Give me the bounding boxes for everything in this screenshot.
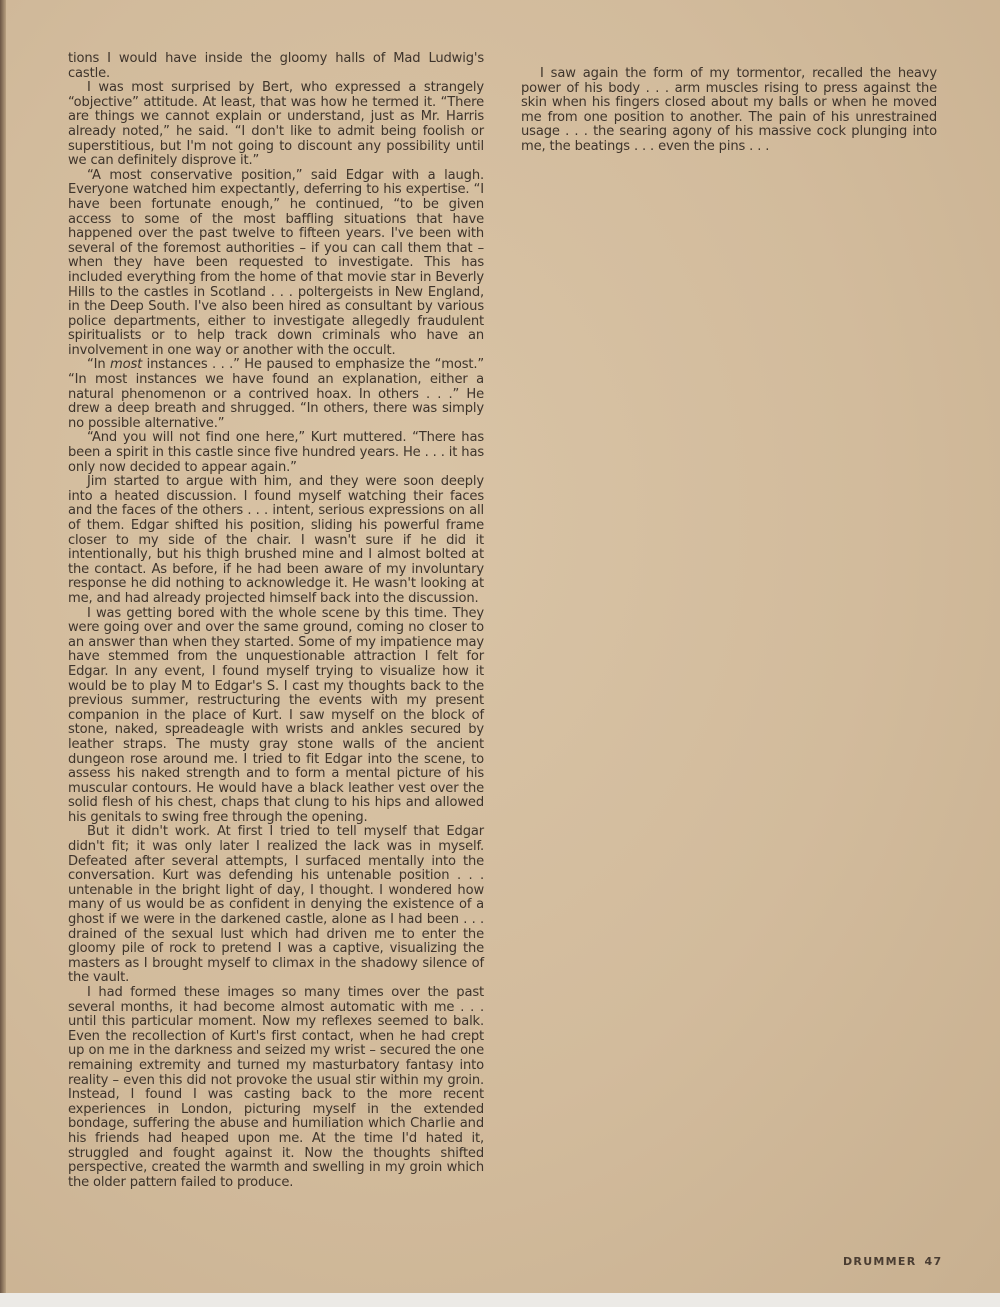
text-run: “And you will not find one here,” Kurt m… [68, 430, 484, 474]
paragraph: But it didn't work. At first I tried to … [68, 825, 484, 986]
page-spine-shadow [0, 0, 6, 1293]
paragraph: “And you will not find one here,” Kurt m… [68, 431, 484, 475]
text-run: I was getting bored with the whole scene… [68, 606, 484, 825]
right-column: I saw again the form of my tormentor, re… [521, 67, 937, 155]
left-column: tions I would have inside the gloomy hal… [68, 52, 484, 1190]
paragraph: tions I would have inside the gloomy hal… [68, 52, 484, 81]
text-run: “A most conservative position,” said Edg… [68, 168, 484, 358]
publication-name: DRUMMER [843, 1255, 917, 1268]
paragraph: Jim started to argue with him, and they … [68, 475, 484, 606]
page-number: 47 [925, 1255, 943, 1268]
italic-text: most [110, 357, 142, 372]
paragraph: I had formed these images so many times … [68, 986, 484, 1190]
scan-bottom-margin [0, 1293, 1000, 1307]
magazine-page: tions I would have inside the gloomy hal… [0, 0, 1000, 1293]
paragraph: I was getting bored with the whole scene… [68, 607, 484, 826]
text-run: Jim started to argue with him, and they … [68, 474, 484, 606]
text-run: I had formed these images so many times … [68, 985, 484, 1190]
text-run: “In [87, 357, 110, 372]
paragraph: “In most instances . . .” He paused to e… [68, 358, 484, 431]
text-run: I was most surprised by Bert, who expres… [68, 80, 484, 168]
text-run: But it didn't work. At first I tried to … [68, 824, 484, 985]
text-run: I saw again the form of my tormentor, re… [521, 66, 937, 154]
paragraph: I was most surprised by Bert, who expres… [68, 81, 484, 169]
text-run: tions I would have inside the gloomy hal… [68, 51, 484, 81]
page-folio: DRUMMER47 [843, 1255, 942, 1268]
paragraph: I saw again the form of my tormentor, re… [521, 67, 937, 155]
paragraph: “A most conservative position,” said Edg… [68, 169, 484, 359]
